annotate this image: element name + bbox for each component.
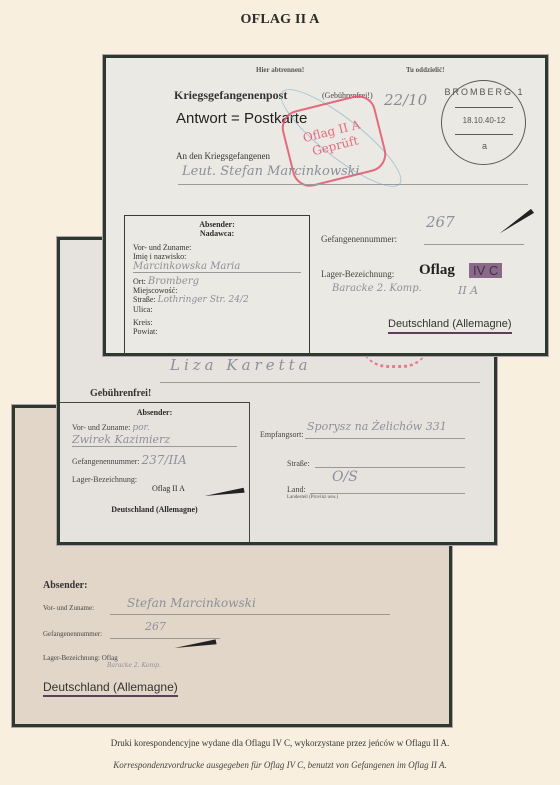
name-label-de: Vor- und Zuname: <box>133 243 301 252</box>
sender-heading: Absender: <box>72 408 237 417</box>
street-label: Straße: <box>287 459 310 468</box>
country-label: Deutschland (Allemagne) <box>72 505 237 514</box>
prisoner-number-value: 267 <box>426 213 455 231</box>
city-label-de: Ort: <box>133 277 146 286</box>
sender-heading: Absender: <box>43 580 87 591</box>
county-label-pl: Powiat: <box>133 327 301 336</box>
postage-free-label: Gebührenfrei! <box>90 388 151 399</box>
postmark-stamp: BROMBERG 1 18.10.40-12 a <box>441 80 526 165</box>
name-label: Vor- und Zuname: <box>43 604 94 612</box>
city-label-pl: Miejscowość: <box>133 286 301 295</box>
country-label: Deutschland (Allemagne) <box>43 680 178 697</box>
name-value-rank: por. <box>132 423 149 433</box>
camp-hand-id: II A <box>458 284 478 297</box>
postmark-city: BROMBERG 1 <box>442 87 527 97</box>
postmark-letter: a <box>442 141 527 151</box>
county-label-de: Kreis: <box>133 318 301 327</box>
name-label: Vor- und Zuname: <box>72 423 130 432</box>
card-header: Kriegsgefangenenpost <box>174 88 287 103</box>
camp-printed-id: IV C <box>469 263 502 278</box>
sender-box: Absender: Nadawca: Vor- und Zuname: Imię… <box>124 215 310 355</box>
land-value: O/S <box>332 469 358 485</box>
camp-hand-note: Baracke 2. Komp. <box>107 662 161 669</box>
prisoner-number-label: Gefangenennummer: <box>43 630 102 638</box>
page-title: OFLAG II A <box>0 12 560 28</box>
camp-hand-note: Baracke 2. Komp. <box>332 283 422 294</box>
camp-label: Lager-Bezeichnung: <box>72 475 237 484</box>
prisoner-number-value: 267 <box>145 620 166 633</box>
pointer-arrow-icon <box>499 209 534 238</box>
destination-label: Empfangsort: <box>260 430 304 439</box>
name-label-pl: Imię i nazwisko: <box>133 252 301 261</box>
country-label: Deutschland (Allemagne) <box>388 318 512 334</box>
handwritten-scribble: 22/10 <box>384 91 427 109</box>
tear-instruction-pl: Tu oddzielić! <box>406 66 444 74</box>
sender-box: Absender: Vor- und Zuname: por. Zwirek K… <box>60 402 250 542</box>
destination-value: Sporysz na Żelichów 331 <box>307 420 447 433</box>
prisoner-number-label: Gefangenennummer: <box>321 234 397 244</box>
name-value: Stefan Marcinkowski <box>127 596 256 610</box>
pointer-arrow-icon <box>174 639 216 653</box>
addressee-label: An den Kriegsgefangenen <box>176 151 270 161</box>
caption-german: Korrespondenzvordrucke ausgegeben für Of… <box>0 760 560 770</box>
prisoner-number-label: Gefangenennummer: <box>72 457 140 466</box>
camp-printed: Oflag <box>419 262 455 279</box>
caption-polish: Druki korespondencyjne wydane dla Oflagu… <box>0 738 560 748</box>
camp-label: Lager-Bezeichnung: <box>321 269 394 279</box>
land-sublabel: Landesteil (Provinz usw.) <box>287 495 338 500</box>
postcard-top: Hier abtrennen! Tu oddzielić! Kriegsgefa… <box>103 55 548 356</box>
street-label-pl: Ulica: <box>133 305 301 314</box>
addressee-value: Leut. Stefan Marcinkowski <box>182 164 360 179</box>
sender-heading-pl: Nadawca: <box>133 229 301 238</box>
name-value: Zwirek Kazimierz <box>72 433 237 447</box>
land-label: Land: <box>287 485 306 494</box>
street-value: Lothringer Str. 24/2 <box>158 295 249 305</box>
name-value: Marcinkowska Maria <box>133 261 301 273</box>
sender-heading-de: Absender: <box>133 220 301 229</box>
handwritten-recipient: Liza Karetta <box>170 356 312 374</box>
prisoner-number-value: 237/IIA <box>142 453 187 467</box>
tear-instruction-de: Hier abtrennen! <box>256 66 304 74</box>
camp-label: Lager-Bezeichnung: Oflag <box>43 654 118 662</box>
street-label-de: Straße: <box>133 295 156 304</box>
postmark-date: 18.10.40-12 <box>455 107 513 135</box>
